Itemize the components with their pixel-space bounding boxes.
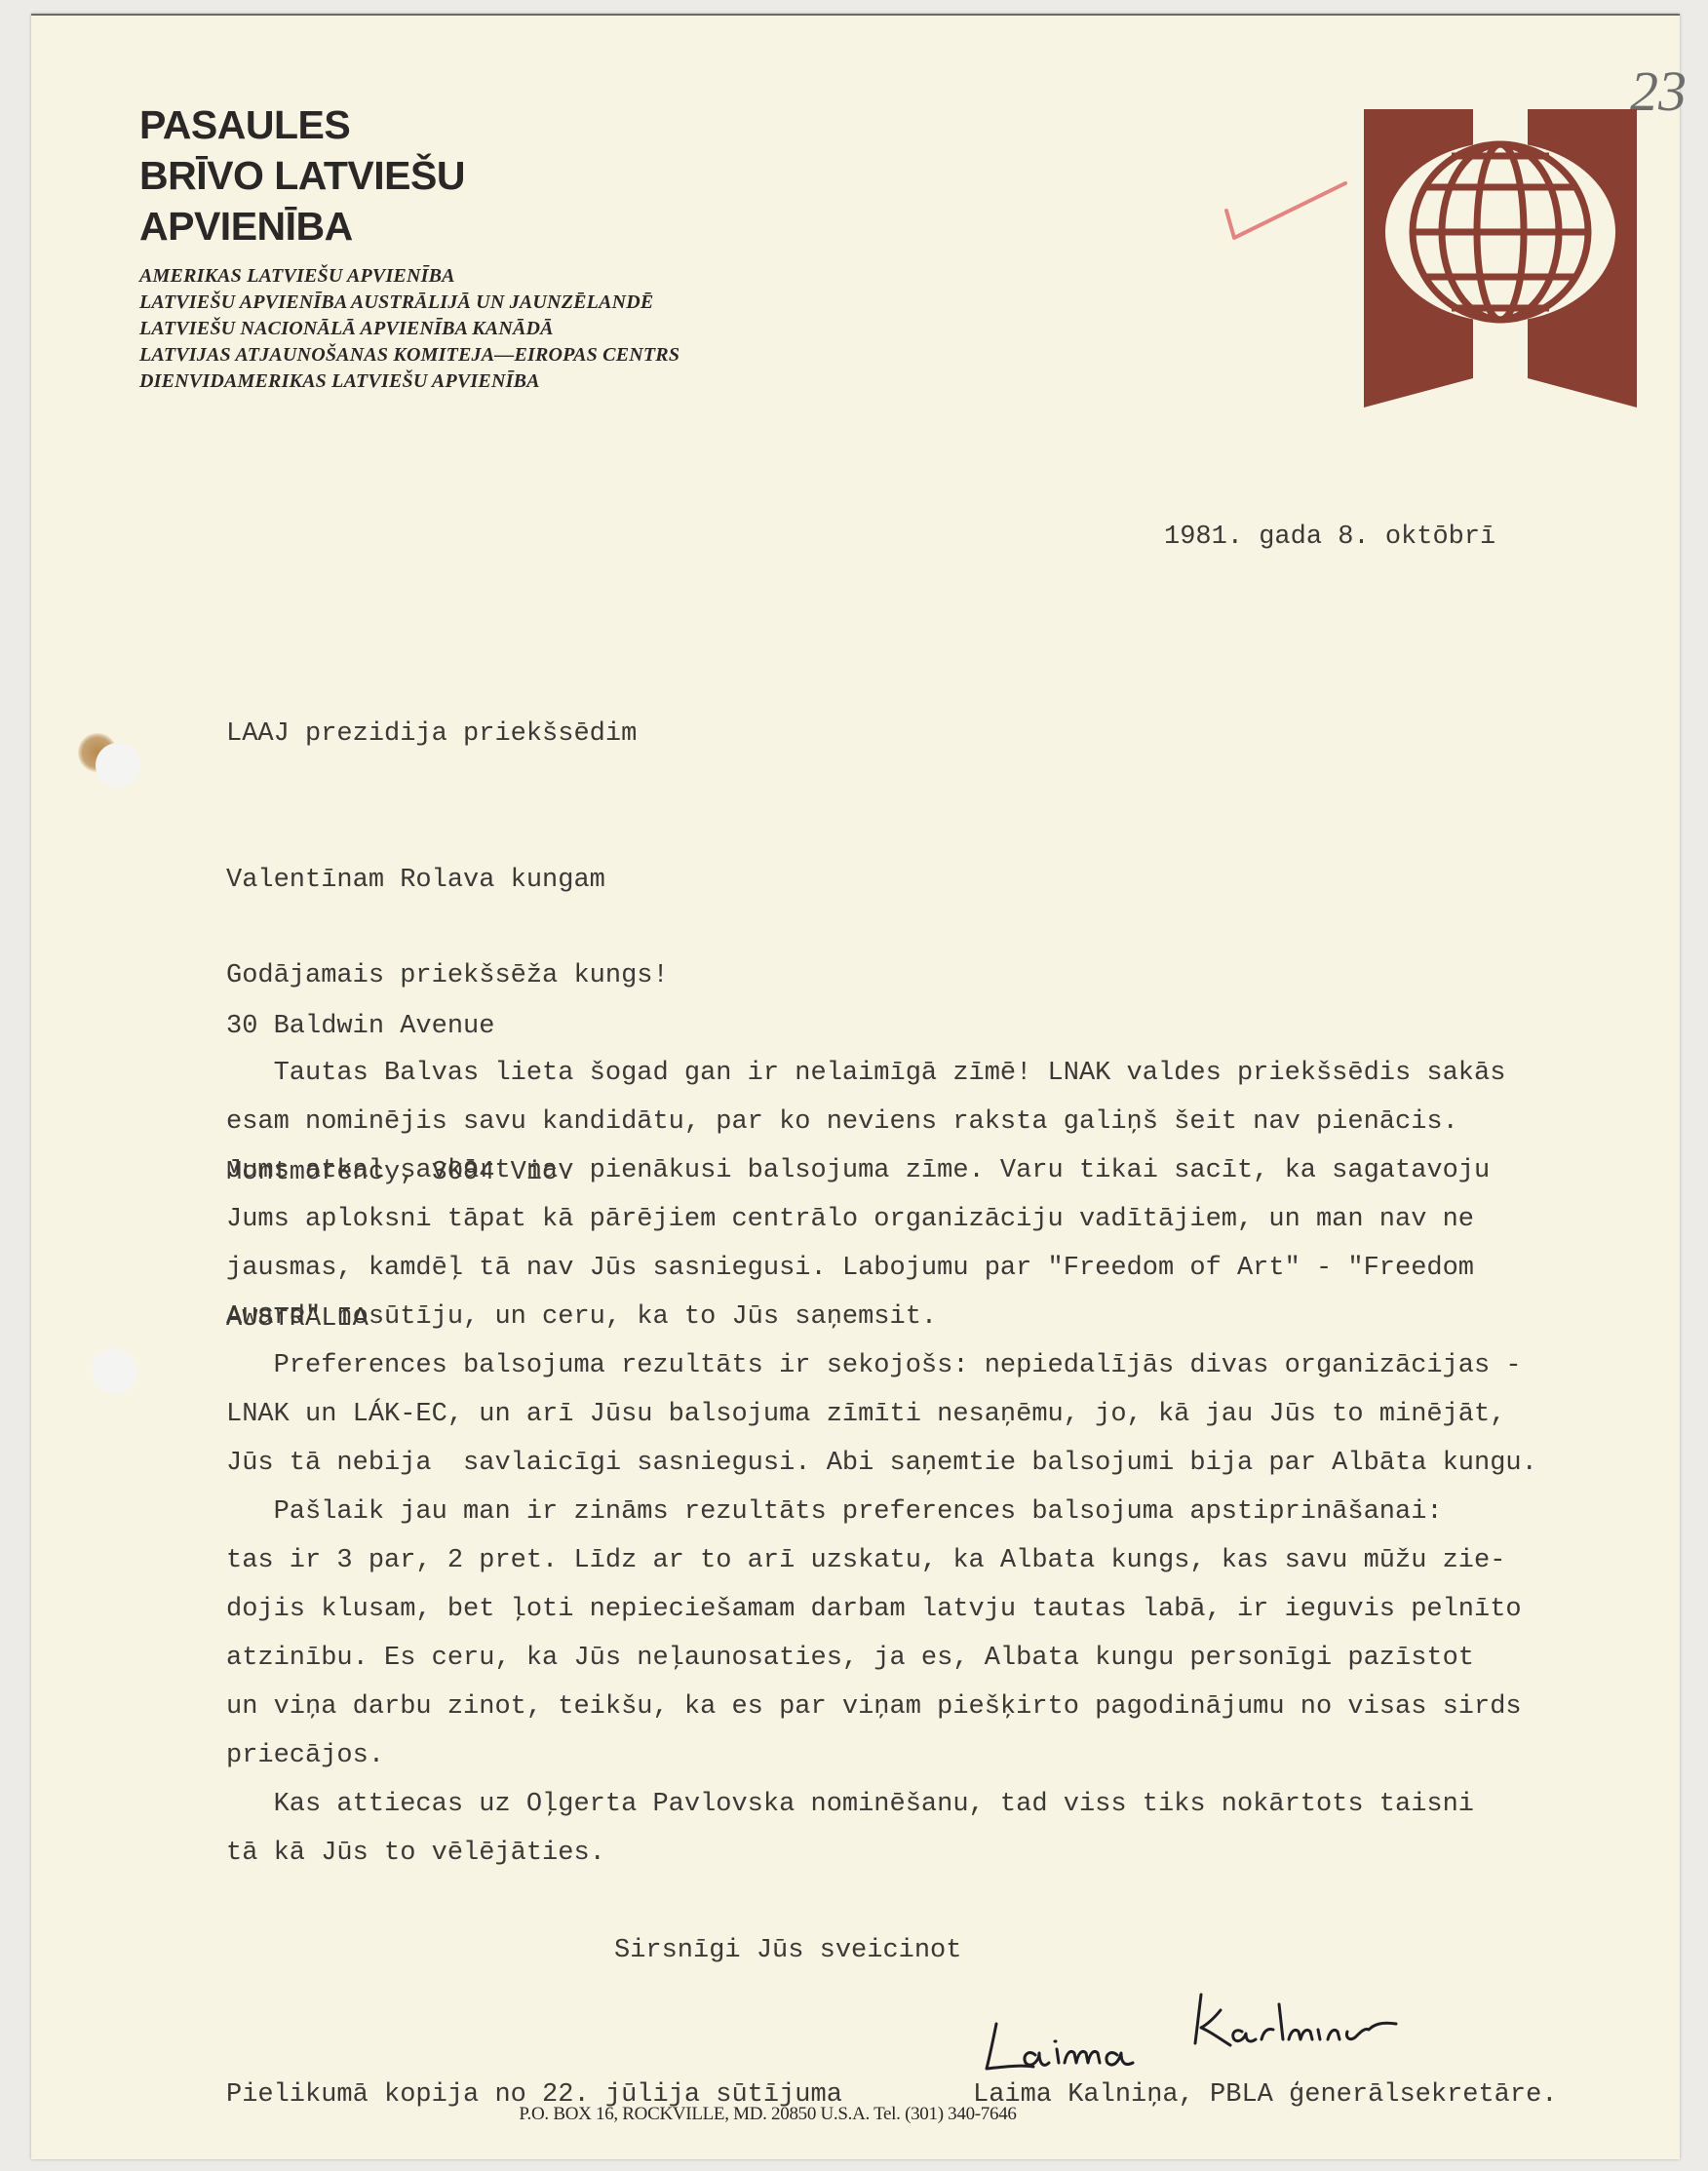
org-name-line: BRĪVO LATVIEŠU [139,150,465,201]
letter-body: Tautas Balvas lieta šogad gan ir nelaimī… [226,1049,1537,1878]
letter-page: PASAULES BRĪVO LATVIEŠU APVIENĪBA AMERIK… [31,14,1680,2159]
body-line: tas ir 3 par, 2 pret. Līdz ar to arī uzs… [226,1536,1537,1585]
member-org: AMERIKAS LATVIEŠU APVIENĪBA [139,263,679,290]
footer-contact: P.O. BOX 16, ROCKVILLE, MD. 20850 U.S.A.… [519,2104,1016,2124]
body-line: Award" nosūtīju, un ceru, ka to Jūs saņe… [226,1293,1537,1341]
body-line: Pašlaik jau man ir zināms rezultāts pref… [226,1488,1537,1536]
handwritten-page-number: 23 [1630,58,1687,124]
body-line: Preferences balsojuma rezultāts ir sekoj… [226,1341,1537,1390]
closing: Sirsnīgi Jūs sveicinot [614,1926,961,1975]
body-line: priecājos. [226,1731,1537,1780]
organization-name: PASAULES BRĪVO LATVIEŠU APVIENĪBA [139,99,465,252]
body-line: LNAK un LÁK-EC, un arī Jūsu balsojuma zī… [226,1390,1537,1439]
member-org: LATVIEŠU APVIENĪBA AUSTRĀLIJĀ UN JAUNZĒL… [139,290,679,316]
member-org: LATVIEŠU NACIONĀLĀ APVIENĪBA KANĀDĀ [139,316,679,342]
body-line: jausmas, kamdēļ tā nav Jūs sasniegusi. L… [226,1244,1537,1293]
letterhead-footer: P.O. BOX 16, ROCKVILLE, MD. 20850 U.S.A.… [31,2104,1680,2125]
body-line: esam nominējis savu kandidātu, par ko ne… [226,1098,1537,1146]
letter-date: 1981. gada 8. oktōbrī [1164,513,1495,562]
address-line: LAAJ prezidija priekšsēdim [226,710,637,758]
body-line: dojis klusam, bet ļoti nepieciešamam dar… [226,1585,1537,1634]
member-org: DIENVIDAMERIKAS LATVIEŠU APVIENĪBA [139,368,679,395]
org-name-line: APVIENĪBA [139,201,465,252]
body-line: Jums atkal savkārt nav pienākusi balsoju… [226,1146,1537,1195]
body-line: Jums aploksni tāpat kā pārējiem centrālo… [226,1195,1537,1244]
member-organizations: AMERIKAS LATVIEŠU APVIENĪBA LATVIEŠU APV… [139,263,679,395]
body-line: Kas attiecas uz Oļgerta Pavlovska nominē… [226,1780,1537,1829]
punch-hole [92,1349,136,1394]
punch-hole [96,743,140,788]
body-line: tā kā Jūs to vēlējāties. [226,1829,1537,1878]
org-name-line: PASAULES [139,99,465,150]
member-org: LATVIJAS ATJAUNOŠANAS KOMITEJA—EIROPAS C… [139,342,679,368]
red-checkmark-icon [1221,172,1357,259]
body-line: atzinību. Es ceru, ka Jūs neļaunosaties,… [226,1634,1537,1683]
globe-logo-icon [1364,109,1637,407]
body-line: Tautas Balvas lieta šogad gan ir nelaimī… [226,1049,1537,1098]
body-line: Jūs tā nebija savlaicīgi sasniegusi. Abi… [226,1439,1537,1488]
address-line: Valentīnam Rolava kungam [226,856,637,905]
address-line: 30 Baldwin Avenue [226,1002,637,1051]
body-line: un viņa darbu zinot, teikšu, ka es par v… [226,1683,1537,1731]
handwritten-signature [975,1985,1443,2082]
salutation: Godājamais priekšsēža kungs! [226,951,669,1000]
